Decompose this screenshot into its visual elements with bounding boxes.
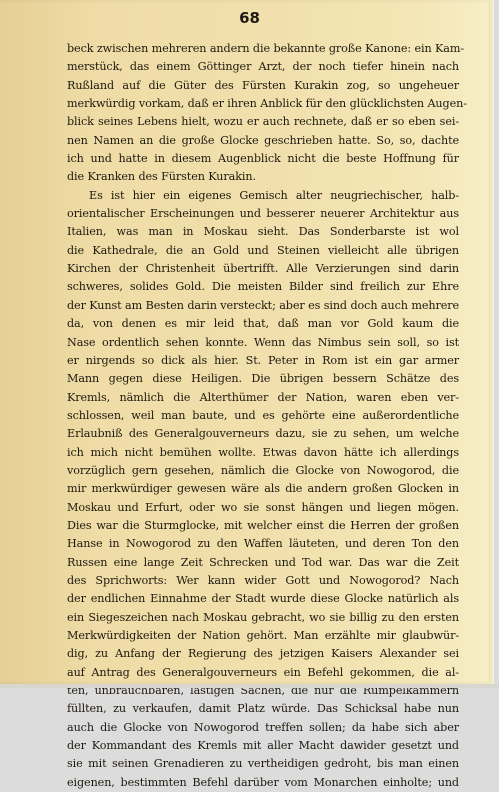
text-line: ich mich nicht bemühen wollte. Etwas dav… (67, 444, 459, 462)
text-line: schlossen, weil man baute, und es gehört… (67, 407, 459, 425)
text-line: Dies war die Sturmglocke, mit welcher ei… (67, 517, 459, 535)
text-line: merstück, das einem Göttinger Arzt, der … (67, 58, 459, 76)
text-line: orientalischer Erscheinungen und bessere… (67, 205, 459, 223)
text-line: mir merkwürdiger gewesen wäre als die an… (67, 480, 459, 498)
text-line: Nase ordentlich sehen konnte. Wenn das N… (67, 334, 459, 352)
text-line: die Kathedrale, die an Gold und Steinen … (67, 242, 459, 260)
text-line: Italien, was man in Moskau sieht. Das So… (67, 223, 459, 241)
text-line: der endlichen Einnahme der Stadt wurde d… (67, 590, 459, 608)
text-line: Mann gegen diese Heiligen. Die übrigen b… (67, 370, 459, 388)
text-line: blick seines Lebens hielt, wozu er auch … (67, 113, 459, 131)
scan-border (0, 684, 499, 688)
text-line: ein Siegeszeichen nach Moskau gebracht, … (67, 609, 459, 627)
text-line: Hanse in Nowogorod zu den Waffen läutete… (67, 535, 459, 553)
text-line: auf Antrag des Generalgouverneurs ein Be… (67, 664, 459, 682)
text-line: Moskau und Erfurt, oder wo sie sonst hän… (67, 499, 459, 517)
text-line: Kremls, nämlich die Alterthümer der Nati… (67, 389, 459, 407)
text-line: des Sprichworts: Wer kann wider Gott und… (67, 572, 459, 590)
text-line: da, von denen es mir leid that, daß man … (67, 315, 459, 333)
page-number: 68 (0, 9, 499, 27)
text-line: merkwürdig vorkam, daß er ihren Anblick … (67, 95, 459, 113)
text-line: Erlaubniß des Generalgouverneurs dazu, s… (67, 425, 459, 443)
text-line: beck zwischen mehreren andern die bekann… (67, 40, 459, 58)
text-line: er nirgends so dick als hier. St. Peter … (67, 352, 459, 370)
text-line: ich und hatte in diesem Augenblick nicht… (67, 150, 459, 168)
text-line: Russen eine lange Zeit Schrecken und Tod… (67, 554, 459, 572)
text-line: schweres, solides Gold. Die meisten Bild… (67, 278, 459, 296)
text-line: Rußland auf die Güter des Fürsten Kuraki… (67, 77, 459, 95)
text-line: Merkwürdigkeiten der Nation gehört. Man … (67, 627, 459, 645)
book-page: 68 beck zwischen mehreren andern die bek… (0, 0, 494, 684)
text-line: Es ist hier ein eigenes Gemisch alter ne… (67, 187, 459, 205)
text-line: Kirchen der Christenheit übertrifft. All… (67, 260, 459, 278)
text-line: nen Namen an die große Glocke geschriebe… (67, 132, 459, 150)
page-edge (489, 0, 494, 684)
body-text: beck zwischen mehreren andern die bekann… (67, 40, 459, 688)
text-line: die Kranken des Fürsten Kurakin. (67, 168, 459, 186)
text-line: dig, zu Anfang der Regierung des jetzige… (67, 645, 459, 663)
text-line: der Kunst am Besten darin versteckt; abe… (67, 297, 459, 315)
text-line: vorzüglich gern gesehen, nämlich die Glo… (67, 462, 459, 480)
